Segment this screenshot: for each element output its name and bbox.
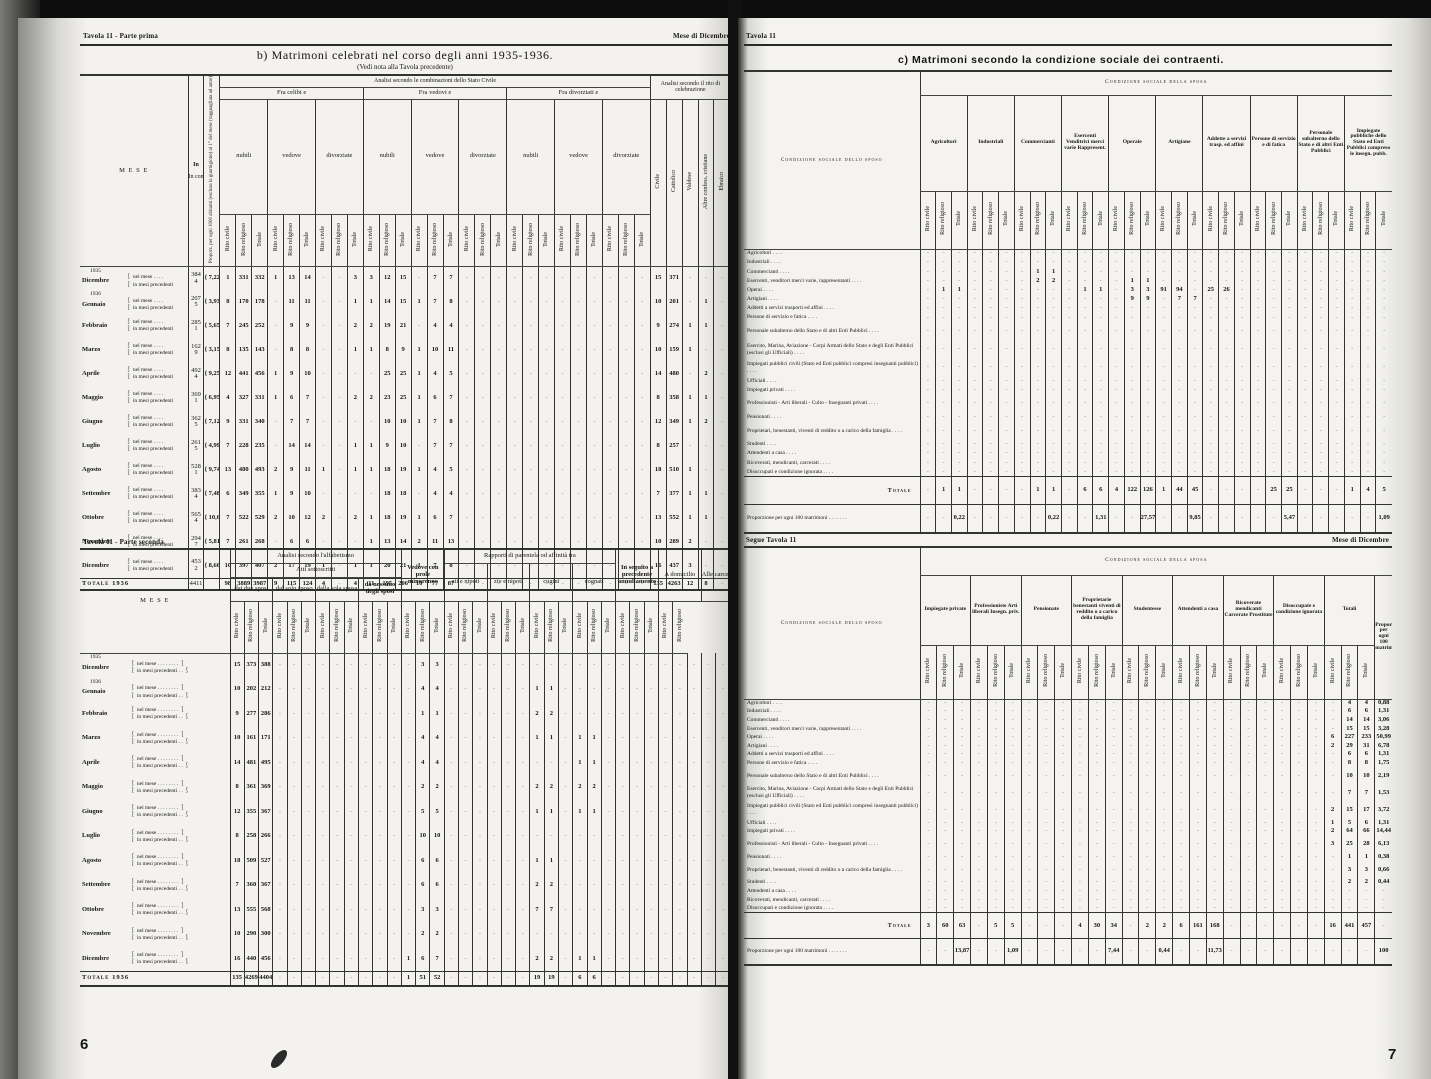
table-cell: - [673, 727, 687, 752]
table-row: Ottobre⎰ nel mese . . . . . . . . ⎱⎱ in … [80, 898, 730, 923]
table-cell: - [987, 725, 1004, 734]
rito-religioso-header: Rito religioso [1124, 191, 1140, 249]
alfabetismo-value: 481 [244, 751, 258, 776]
table-cell: - [1313, 395, 1329, 413]
table-cell: - [1038, 853, 1055, 862]
table-cell: - [459, 410, 475, 434]
table-cell: - [1124, 395, 1140, 413]
table-cell: - [1223, 879, 1240, 888]
vedove-value: 5 [430, 800, 444, 825]
table-cell: - [1240, 853, 1257, 862]
cognati-header: cognati [573, 563, 616, 601]
table-cell: - [936, 249, 952, 258]
table-cell: - [616, 947, 630, 972]
totali-rito-civile: 3 [1324, 836, 1341, 853]
table-cell: - [1072, 751, 1089, 760]
table-cell: - [1055, 904, 1072, 913]
rito-civile-header: Rito civile [411, 214, 427, 266]
alfabetismo-header: Analisi secondo l'alfabetismo [230, 549, 401, 563]
table-cell: - [1077, 249, 1093, 258]
table-cell: - [967, 323, 983, 341]
rito-value: 480 [666, 362, 682, 386]
table-cell: - [1088, 853, 1105, 862]
table-cell: - [1156, 313, 1172, 322]
alfabetismo-value: 456 [259, 947, 273, 972]
table-cell: - [602, 386, 618, 410]
table-row: Addetti a servizi trasporti ed affini . … [744, 304, 1392, 313]
table-cell: - [1172, 304, 1188, 313]
table-cell: - [1030, 377, 1046, 386]
table-cell: - [1187, 468, 1203, 477]
table-cell: - [1297, 304, 1313, 313]
table-cell: - [1072, 836, 1089, 853]
table-cell: - [701, 898, 715, 923]
table-cell: - [687, 751, 701, 776]
table-cell: - [1313, 440, 1329, 449]
table-cell: - [1257, 904, 1274, 913]
table-row: Maggio⎰ nel mese . . . . . . . . ⎱⎱ in m… [80, 776, 730, 801]
proporzione-value: - [1341, 939, 1358, 965]
table-cell: - [967, 468, 983, 477]
in-complesso-value: 3844 [188, 266, 204, 290]
table-cell: - [1223, 819, 1240, 828]
table-row: Ufficiali . . . .-----------------------… [744, 819, 1392, 828]
table-row: Professionisti - Arti liberali - Culto -… [744, 836, 1392, 853]
table-cell: - [1014, 286, 1030, 295]
table-cell: - [1307, 802, 1324, 819]
table-cell: - [1077, 413, 1093, 422]
table-cell: - [999, 323, 1015, 341]
table-cell: - [587, 702, 601, 727]
table-cell: - [1376, 341, 1392, 359]
table-cell: - [571, 410, 587, 434]
table-row: Ricoverati, mendicanti, carcerati . . . … [744, 896, 1392, 905]
table-cell: - [967, 440, 983, 449]
table-cell: - [1250, 377, 1266, 386]
totale-header: Totale [1234, 191, 1250, 249]
table-cell: - [1206, 759, 1223, 768]
table-cell: - [1088, 802, 1105, 819]
table-cell: - [1021, 716, 1038, 725]
table-cell: - [999, 341, 1015, 359]
table-cell: - [1122, 699, 1139, 708]
table-cell: - [459, 338, 475, 362]
proporzione-value: { 7,12 [204, 410, 220, 434]
alfabetismo-value: 7 [230, 874, 244, 899]
table-cell: - [1313, 249, 1329, 258]
table-cell: - [1219, 249, 1235, 258]
table-cell: - [1313, 277, 1329, 286]
table-cell: - [1014, 267, 1030, 276]
table-cell: - [1014, 386, 1030, 395]
table-cell: - [1038, 733, 1055, 742]
rito-religioso-header: Rito religioso [284, 214, 300, 266]
table-cell: 1 [268, 266, 284, 290]
table-cell: - [937, 733, 954, 742]
table-cell: - [936, 359, 952, 377]
table-cell: - [1122, 887, 1139, 896]
table-cell: - [411, 482, 427, 506]
table-cell: - [1187, 267, 1203, 276]
table-cell: - [475, 410, 491, 434]
table-cell: - [1124, 313, 1140, 322]
table-cell: - [475, 434, 491, 458]
table-cell: - [1055, 827, 1072, 836]
totale-value: 25 [1266, 477, 1282, 505]
table-cell: - [1250, 395, 1266, 413]
vedove-value: 2 [416, 923, 430, 948]
table-cell: - [987, 716, 1004, 725]
table-cell: - [1291, 733, 1308, 742]
table-row: Luglio⎰ nel mese . . . .⎱ in mesi preced… [80, 434, 730, 458]
table-cell: 25 [379, 362, 395, 386]
totale-value: - [1240, 913, 1257, 939]
table-cell: - [316, 751, 330, 776]
vedove-prole-header: Vedove con prole minorenne [401, 549, 444, 601]
table-cell: - [1234, 277, 1250, 286]
month-label: Luglio⎰ nel mese . . . . . . . . ⎱⎱ in m… [80, 825, 230, 850]
table-cell: - [1140, 304, 1156, 313]
proporzione-value: - [1291, 939, 1308, 965]
table-cell: 9 [284, 314, 300, 338]
table-cell: - [363, 362, 379, 386]
table-cell: - [1274, 759, 1291, 768]
table-row: Impiegati pubblici civili (Stato ed Enti… [744, 802, 1392, 819]
vedove-value: 1 [416, 702, 430, 727]
table-cell: - [387, 923, 401, 948]
table-cell: - [1156, 422, 1172, 440]
table-row: Addetti a servizi trasporti ed affini . … [744, 751, 1392, 760]
table-cell: - [673, 751, 687, 776]
sposo-condition-label: Artigiani . . . . [744, 742, 920, 751]
table-cell: - [1234, 413, 1250, 422]
table-cell: - [987, 853, 1004, 862]
table-cell: 5 [443, 362, 459, 386]
table-cell: 6 [427, 386, 443, 410]
table-cell: - [1234, 468, 1250, 477]
table-cell: - [1030, 468, 1046, 477]
table-cell: - [316, 727, 330, 752]
sposo-condition-label: Commercianti . . . . [744, 716, 920, 725]
totali-totale: 3 [1358, 862, 1375, 879]
table-cell: - [673, 874, 687, 899]
totali-totale: 7 [1358, 785, 1375, 802]
table-cell: - [1014, 304, 1030, 313]
table-cell: - [544, 653, 558, 678]
table-cell: - [555, 482, 571, 506]
table-cell: - [316, 972, 330, 986]
table-cell: - [1109, 386, 1125, 395]
table-cell: 2 [587, 776, 601, 801]
totale-value: 457 [1358, 913, 1375, 939]
table-cell: - [1297, 422, 1313, 440]
table-cell: - [999, 286, 1015, 295]
table-cell: - [1122, 836, 1139, 853]
table-cell: 493 [252, 458, 268, 482]
table-cell: - [1156, 785, 1173, 802]
group-nubili: nubili [363, 99, 411, 214]
table-cell: - [634, 482, 650, 506]
table-cell: - [951, 468, 967, 477]
table-cell: - [983, 258, 999, 267]
proporzione-row: Proporzione per ogni 100 matrimoni . . .… [744, 505, 1392, 533]
totali-totale: 2 [1358, 879, 1375, 888]
totali-totale: - [1358, 896, 1375, 905]
table-cell: - [967, 413, 983, 422]
totale-header: Totale [954, 645, 971, 699]
table-row: Operai . . . .------------------------62… [744, 733, 1392, 742]
segue-tavola-head: Segue Tavola 11 [746, 536, 796, 544]
table-cell: - [951, 277, 967, 286]
table-cell: - [1124, 249, 1140, 258]
rito-col-2: Valdese [682, 99, 698, 266]
table-cell: - [951, 304, 967, 313]
table-cell: - [1307, 827, 1324, 836]
sposo-condition-label: Persone di servizio e fatica . . . . [744, 313, 920, 322]
totali-rito-religioso: 6 [1341, 751, 1358, 760]
table-cell: - [411, 266, 427, 290]
table-cell: - [1240, 768, 1257, 785]
table-cell: - [555, 314, 571, 338]
table-cell: - [1109, 304, 1125, 313]
table-cell: - [1344, 440, 1360, 449]
table-cell: - [1156, 725, 1173, 734]
table-cell: - [701, 849, 715, 874]
table-cell: - [1156, 440, 1172, 449]
table-cell: - [507, 338, 523, 362]
vedove-value: 2 [416, 776, 430, 801]
table-cell: - [634, 266, 650, 290]
table-cell: - [1250, 258, 1266, 267]
table-cell: 3 [363, 266, 379, 290]
totale-header: Totale [252, 214, 268, 266]
table-cell: - [1055, 836, 1072, 853]
table-cell: - [1055, 785, 1072, 802]
table-cell: - [558, 947, 572, 972]
table-cell: 4 [427, 362, 443, 386]
table-cell: - [1219, 422, 1235, 440]
totale-value: 441 [1341, 913, 1358, 939]
table-cell: - [501, 751, 515, 776]
proporzione-value: 1,31 [1093, 505, 1109, 533]
table-cell: - [287, 702, 301, 727]
table-cell: - [558, 702, 572, 727]
rito-value: 9 [650, 314, 666, 338]
table-cell: - [630, 923, 644, 948]
table-cell: - [523, 338, 539, 362]
page-number-left: 6 [80, 1036, 88, 1053]
table-cell: - [1021, 827, 1038, 836]
table-cell: - [601, 825, 615, 850]
vedove-value: 2 [430, 776, 444, 801]
page-number-right: 7 [1388, 1046, 1396, 1063]
vedove-value: - [401, 776, 415, 801]
table-cell: - [331, 266, 347, 290]
alfabetismo-value: 527 [259, 849, 273, 874]
table-cell: - [1061, 313, 1077, 322]
table-cell: - [971, 708, 988, 717]
table-cell: - [387, 947, 401, 972]
table-cell: - [473, 923, 487, 948]
table-cell: - [983, 468, 999, 477]
table-cell: 1 [347, 434, 363, 458]
table-cell: - [1203, 313, 1219, 322]
table-cell: - [1140, 440, 1156, 449]
table-cell: - [1266, 267, 1282, 276]
table-cell: 2 [544, 947, 558, 972]
table-cell: - [658, 751, 672, 776]
table-cell: - [630, 751, 644, 776]
table-row: Esercito, Marina, Aviazione - Corpi Arma… [744, 785, 1392, 802]
table-cell: - [558, 678, 572, 703]
table-cell: - [1004, 802, 1021, 819]
table-cell: - [971, 785, 988, 802]
sposo-condition-label: Attendenti a casa . . . . [744, 449, 920, 458]
table-cell: 9 [220, 410, 236, 434]
alfabetismo-value: 16 [230, 947, 244, 972]
rito-civile-header: Rito civile [1021, 645, 1038, 699]
table-row: 1935Dicembre⎰ nel mese . . . .⎱ in mesi … [80, 266, 730, 290]
table-row: Agricoltori . . . .---------------------… [744, 249, 1392, 258]
table-cell: - [573, 874, 587, 899]
table-cell: - [937, 785, 954, 802]
totale-header: Totale [430, 601, 444, 653]
table-cell: - [1307, 879, 1324, 888]
table-cell: - [971, 836, 988, 853]
totale-value: - [1219, 477, 1235, 505]
table-cell: - [287, 653, 301, 678]
table-cell: - [571, 434, 587, 458]
table-cell: - [687, 678, 701, 703]
table-cell: - [936, 386, 952, 395]
table-cell: - [967, 458, 983, 467]
table-cell: 1 [1093, 286, 1109, 295]
table-cell: - [1250, 323, 1266, 341]
table-cell: - [1257, 827, 1274, 836]
table-cell: - [616, 898, 630, 923]
table-cell: - [1223, 716, 1240, 725]
table-cell: - [1093, 295, 1109, 304]
table-cell: - [487, 800, 501, 825]
table-cell: - [987, 879, 1004, 888]
table-cell: - [920, 725, 937, 734]
table-cell: - [967, 422, 983, 440]
table-cell: - [387, 825, 401, 850]
in-complesso-value: 5281 [188, 458, 204, 482]
table-cell: - [1240, 785, 1257, 802]
rito-religioso-header: Rito religioso [1341, 645, 1358, 699]
table-cell: - [516, 678, 530, 703]
totale-header: Totale [387, 601, 401, 653]
dai-due-header: dai due sposi [230, 577, 273, 601]
table-cell: - [987, 862, 1004, 879]
table-cell: - [971, 887, 988, 896]
group-vedove: vedove [555, 99, 603, 214]
table-cell: 2 [363, 386, 379, 410]
table-cell: - [523, 458, 539, 482]
month-label: Ottobre⎰ nel mese . . . . . . . . ⎱⎱ in … [80, 898, 230, 923]
table-cell: 1 [544, 727, 558, 752]
table-cell: - [1093, 422, 1109, 440]
table-cell: - [954, 716, 971, 725]
sposa-col2-6: Ricoverate mendicanti Carcerate Prostitu… [1223, 575, 1274, 645]
table-cell: - [344, 898, 358, 923]
table-cell: 8 [443, 410, 459, 434]
table-cell: - [1297, 286, 1313, 295]
table-row: Esercenti, venditori merci varie, rappre… [744, 277, 1392, 286]
table-cell: - [1072, 819, 1089, 828]
table-cell: - [1219, 258, 1235, 267]
alfabetismo-value: 367 [259, 800, 273, 825]
table-cell: - [920, 377, 936, 386]
vedove-value: 6 [430, 849, 444, 874]
month-label: Dicembre⎰ nel mese . . . . . . . . ⎱⎱ in… [80, 947, 230, 972]
table-cell: - [330, 874, 344, 899]
table-cell: - [687, 849, 701, 874]
totale-value: 5 [1004, 913, 1021, 939]
alfabetismo-value: 202 [244, 678, 258, 703]
table-cell: 1 [363, 434, 379, 458]
table-cell: - [330, 923, 344, 948]
table-cell: - [1234, 341, 1250, 359]
table-cell: - [1234, 458, 1250, 467]
table-cell: - [516, 727, 530, 752]
table-cell: - [1109, 395, 1125, 413]
table-cell: - [475, 266, 491, 290]
table-cell: - [999, 449, 1015, 458]
table-cell: - [444, 923, 458, 948]
table-row: Disoccupati e condizione ignorata . . . … [744, 468, 1392, 477]
totale-header: Totale [1046, 191, 1062, 249]
sposa-header-2: Condizione sociale della sposa [920, 547, 1392, 575]
table-cell: - [1077, 295, 1093, 304]
month-label: Maggio⎰ nel mese . . . . . . . . ⎱⎱ in m… [80, 776, 230, 801]
table-cell: - [1156, 377, 1172, 386]
table-row: Maggio⎰ nel mese . . . .⎱ in mesi preced… [80, 386, 730, 410]
table-cell: - [1156, 458, 1172, 467]
table-cell: 2 [1046, 277, 1062, 286]
table-cell: - [1173, 768, 1190, 785]
table-cell: - [1030, 286, 1046, 295]
table-cell: 6 [587, 972, 601, 986]
table-cell: - [1105, 827, 1122, 836]
table-cell: - [1206, 862, 1223, 879]
table-cell: - [936, 341, 952, 359]
table-cell: - [1139, 742, 1156, 751]
table-cell: - [1240, 725, 1257, 734]
table-cell: - [1088, 759, 1105, 768]
table-cell: - [268, 338, 284, 362]
table-cell: - [331, 506, 347, 530]
running-head-month: Mese di Dicembre [673, 32, 730, 40]
table-cell: - [1140, 359, 1156, 377]
table-cell: - [937, 699, 954, 708]
table-cell: - [287, 923, 301, 948]
table-cell: - [1257, 802, 1274, 819]
table-cell: - [1021, 862, 1038, 879]
table-cell: - [1250, 313, 1266, 322]
table-cell: - [644, 947, 658, 972]
rito-value: 1 [698, 506, 714, 530]
totale-value: - [1274, 913, 1291, 939]
rito-value: 159 [666, 338, 682, 362]
table-cell: - [1038, 879, 1055, 888]
table-cell: 5 [443, 458, 459, 482]
table-cell: - [1109, 277, 1125, 286]
table-cell: - [507, 410, 523, 434]
table-cell: - [373, 751, 387, 776]
table-cell: - [920, 768, 937, 785]
